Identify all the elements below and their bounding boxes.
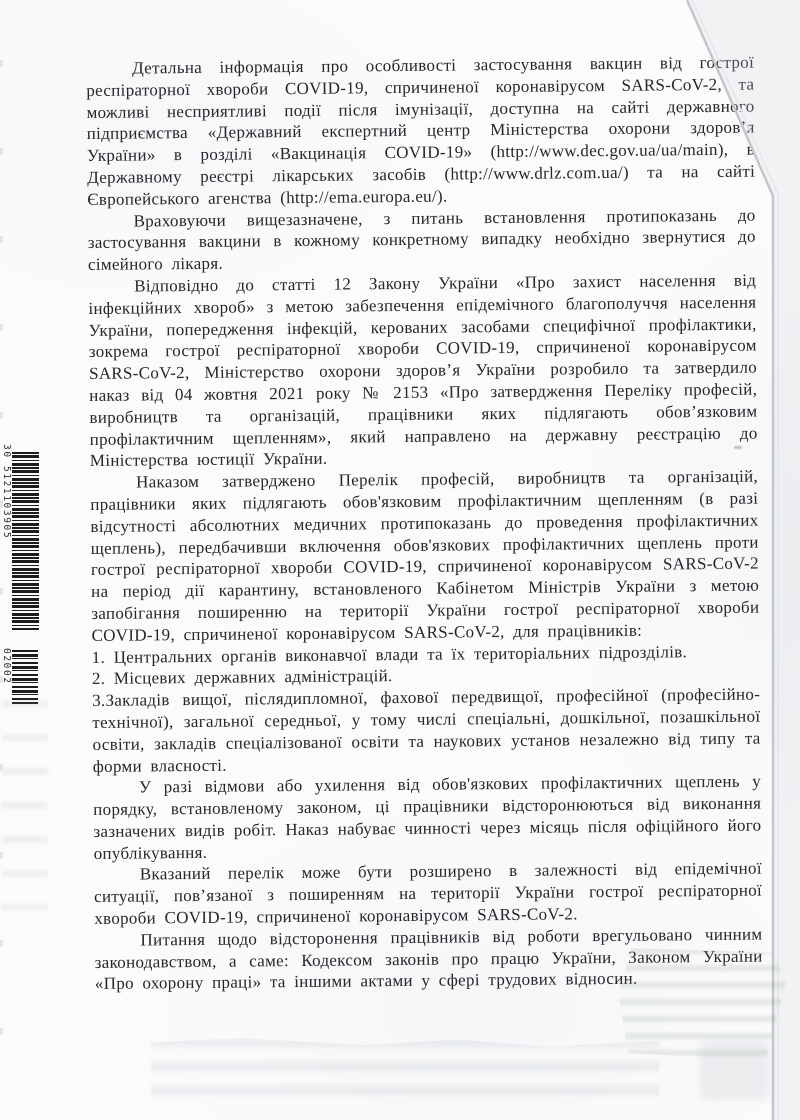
barcode-secondary: 02002 <box>1 648 41 706</box>
paragraph-contraindications: Враховуючи вищезазначене, з питань встан… <box>87 204 756 276</box>
paragraph-law-article-12-order-2153: Відповідно до статті 12 Закону України «… <box>88 270 758 473</box>
list-item-education-institutions: 3.Закладів вищої, післядипломної, фахово… <box>92 684 761 778</box>
paragraph-refusal-consequences: У разі відмови або ухилення від обов'язк… <box>93 771 762 865</box>
paragraph-labor-legislation: Питання щодо відсторонення працівників в… <box>94 923 763 995</box>
scanned-page: 30 5121103905 02002 Детальна інформація … <box>0 0 800 1120</box>
bleedthrough-ghost-corner <box>700 1040 770 1100</box>
barcode-bars-main <box>12 452 39 630</box>
barcode-bars-secondary <box>12 650 38 704</box>
barcode: 30 5121103905 02002 <box>1 444 41 706</box>
bleedthrough-ghost-bottom <box>150 1038 660 1110</box>
bleedthrough-ghost-left-margin <box>2 700 48 910</box>
paragraph-order-approved-list: Наказом затверджено Перелік професій, ви… <box>90 466 760 647</box>
document-text: Детальна інформація про особливості заст… <box>86 52 763 996</box>
barcode-digits-main: 30 5121103905 <box>1 444 12 539</box>
scan-speck <box>734 446 742 449</box>
barcode-digits-secondary: 02002 <box>1 648 12 685</box>
paragraph-vaccine-info: Детальна інформація про особливості заст… <box>86 52 755 211</box>
paragraph-list-may-expand: Вказаний перелік може бути розширено в з… <box>94 858 763 930</box>
